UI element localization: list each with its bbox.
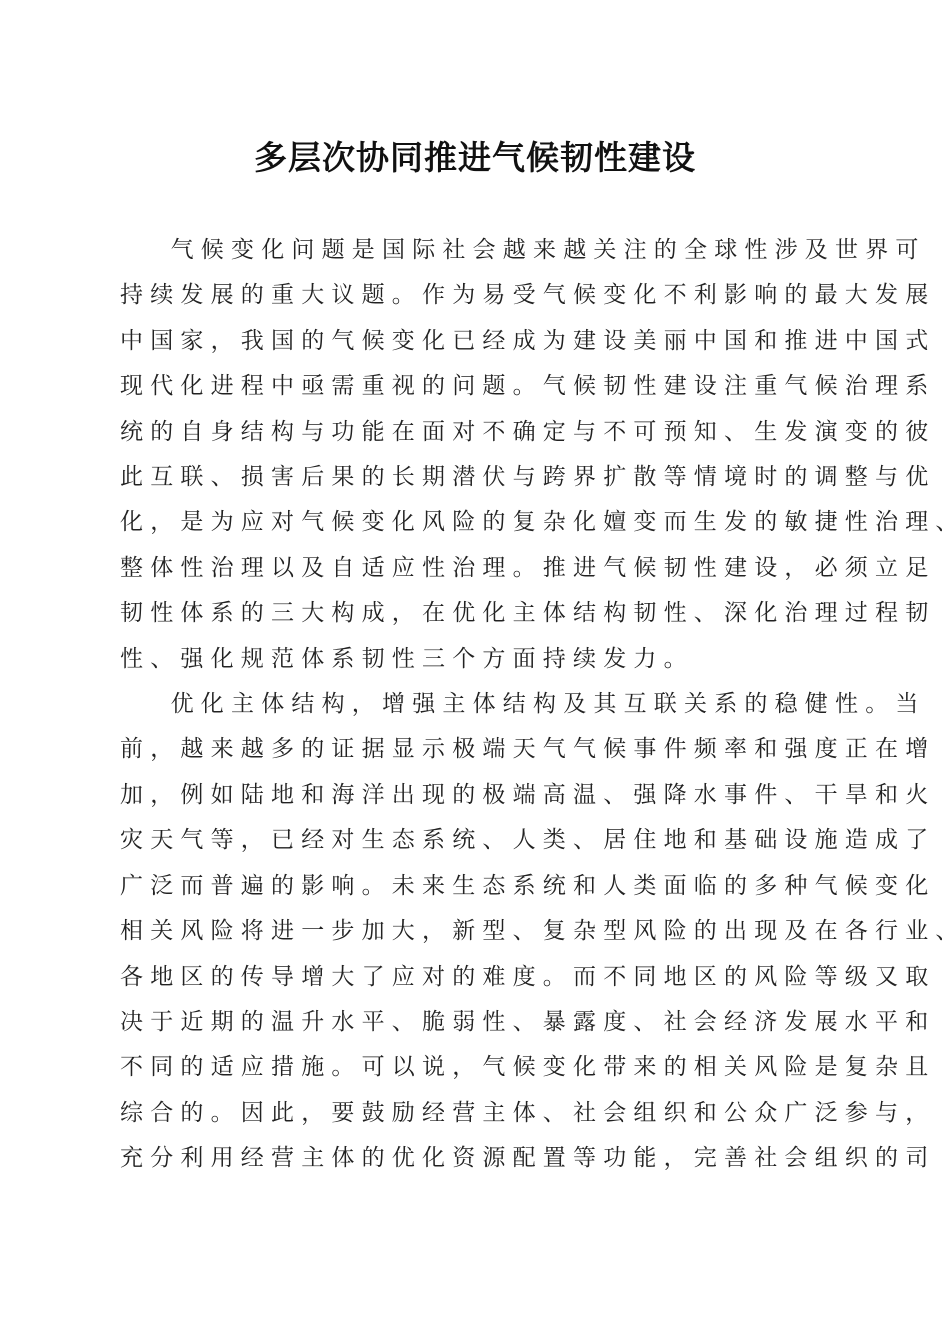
text-line: 不同的适应措施。可以说，气候变化带来的相关风险是复杂且 [120, 1045, 825, 1090]
text-line: 加，例如陆地和海洋出现的极端高温、强降水事件、干旱和火 [120, 773, 825, 818]
text-line: 整体性治理以及自适应性治理。推进气候韧性建设，必须立足 [120, 546, 825, 591]
document-body: 气候变化问题是国际社会越来越关注的全球性涉及世界可 持续发展的重大议题。作为易受… [120, 228, 825, 1182]
text-line: 各地区的传导增大了应对的难度。而不同地区的风险等级又取 [120, 955, 825, 1000]
text-line: 综合的。因此，要鼓励经营主体、社会组织和公众广泛参与， [120, 1091, 825, 1136]
text-line: 广泛而普遍的影响。未来生态系统和人类面临的多种气候变化 [120, 864, 825, 909]
text-line: 优化主体结构，增强主体结构及其互联关系的稳健性。当 [120, 682, 825, 727]
document-title: 多层次协同推进气候韧性建设 [0, 136, 950, 180]
paragraph-2: 优化主体结构，增强主体结构及其互联关系的稳健性。当 前，越来越多的证据显示极端天… [120, 682, 825, 1181]
text-line: 现代化进程中亟需重视的问题。气候韧性建设注重气候治理系 [120, 364, 825, 409]
text-line: 相关风险将进一步加大，新型、复杂型风险的出现及在各行业、 [120, 909, 825, 954]
text-line: 中国家，我国的气候变化已经成为建设美丽中国和推进中国式 [120, 319, 825, 364]
text-line: 灾天气等，已经对生态系统、人类、居住地和基础设施造成了 [120, 818, 825, 863]
text-line: 性、强化规范体系韧性三个方面持续发力。 [120, 637, 825, 682]
text-line: 韧性体系的三大构成，在优化主体结构韧性、深化治理过程韧 [120, 591, 825, 636]
text-line: 决于近期的温升水平、脆弱性、暴露度、社会经济发展水平和 [120, 1000, 825, 1045]
paragraph-1: 气候变化问题是国际社会越来越关注的全球性涉及世界可 持续发展的重大议题。作为易受… [120, 228, 825, 682]
document-page: 多层次协同推进气候韧性建设 气候变化问题是国际社会越来越关注的全球性涉及世界可 … [0, 0, 950, 1344]
text-line: 持续发展的重大议题。作为易受气候变化不利影响的最大发展 [120, 273, 825, 318]
text-line: 气候变化问题是国际社会越来越关注的全球性涉及世界可 [120, 228, 825, 273]
text-line: 前，越来越多的证据显示极端天气气候事件频率和强度正在增 [120, 727, 825, 772]
text-line: 充分利用经营主体的优化资源配置等功能，完善社会组织的司 [120, 1136, 825, 1181]
text-line: 统的自身结构与功能在面对不确定与不可预知、生发演变的彼 [120, 410, 825, 455]
text-line: 此互联、损害后果的长期潜伏与跨界扩散等情境时的调整与优 [120, 455, 825, 500]
text-line: 化，是为应对气候变化风险的复杂化嬗变而生发的敏捷性治理、 [120, 500, 825, 545]
